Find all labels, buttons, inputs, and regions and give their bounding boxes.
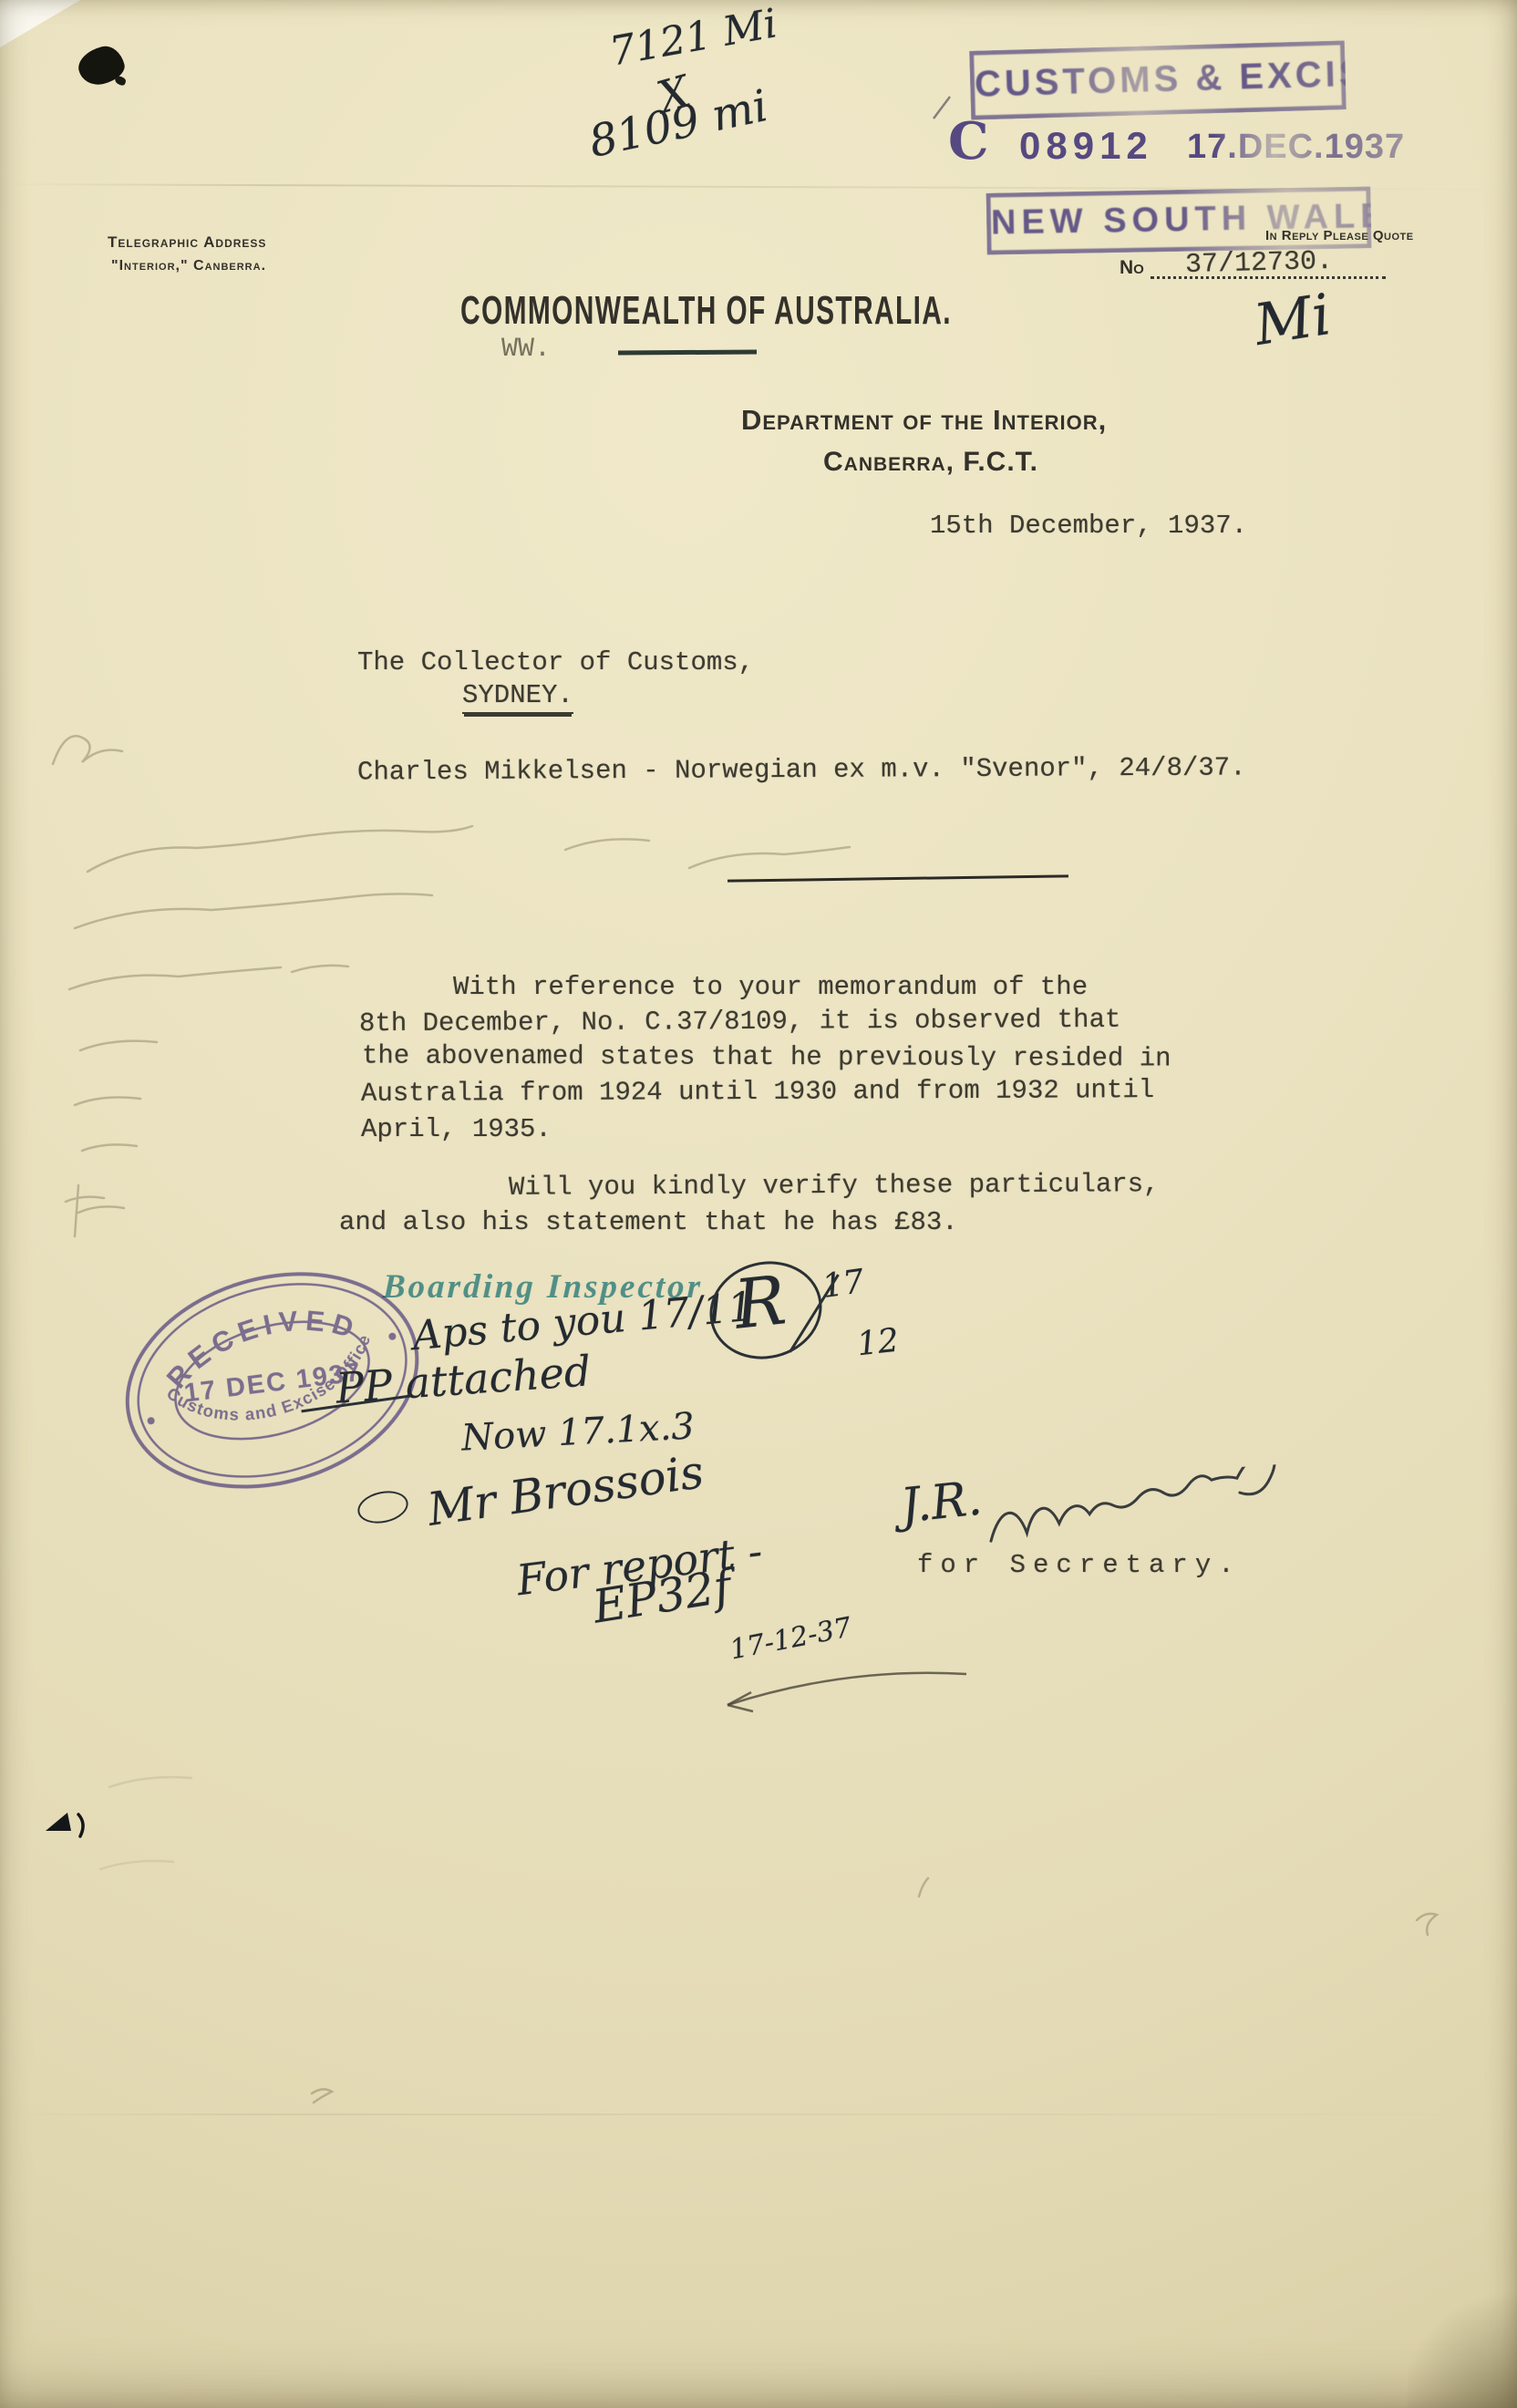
scanned-letter-page: 7121 Mi X 8109 mi CUSTOMS & EXCISE C 089… [0,0,1517,2408]
pencil-marginalia [0,0,1517,2408]
